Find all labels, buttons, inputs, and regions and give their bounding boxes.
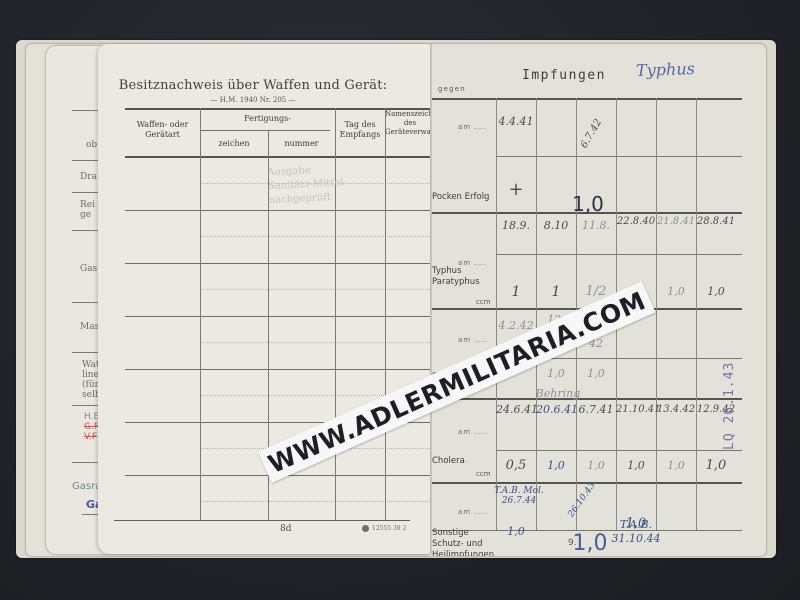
row-label-typhus: Typhus Paratyphus <box>432 266 496 288</box>
cholera-date-4: 21.10.41 <box>616 404 658 416</box>
under-rule <box>72 192 100 193</box>
col-header-zeichen: zeichen <box>200 139 268 149</box>
ccm-label: ccm <box>476 470 491 478</box>
vaccinations-page: Impfungen gegen am .... Pocken Erfolg 4.… <box>432 44 752 556</box>
table-rule <box>496 450 742 451</box>
table-rule <box>496 156 742 157</box>
row-label-sonstige: Sonstige Schutz- und Heilimpfungen <box>432 528 496 556</box>
cholera-amount-1: 0,5 <box>496 460 536 472</box>
typhus-date-1: 18.9. <box>496 220 536 232</box>
am-label: am .... <box>458 508 487 516</box>
cholera-date-5: 13.4.42 <box>656 404 696 416</box>
typhus-date-2: 8.10 <box>536 220 576 232</box>
cholera-amount-3: 1,0 <box>576 460 616 472</box>
table-row-rule <box>125 210 434 211</box>
sonstige-amount-1: 1,0 <box>496 526 536 538</box>
sonstige-stamp-date: 26.10.43 <box>566 480 599 520</box>
table-row-rule <box>125 263 434 264</box>
under-rule <box>72 110 100 111</box>
col-header-type: Waffen- oder Gerätart <box>125 120 200 140</box>
dotted-rule <box>200 289 434 290</box>
under-label: Gas <box>80 264 97 274</box>
dotted-rule <box>200 342 434 343</box>
under-label: Rei ge <box>80 200 100 220</box>
under-label: G.F <box>84 422 99 432</box>
cholera-date-3: 6.7.41 <box>576 404 616 416</box>
under-label: H.E <box>84 412 99 422</box>
ruhr-note: Behring <box>518 388 598 400</box>
typhus-date-4: 22.8.40 <box>616 216 656 228</box>
footer-rule <box>114 520 410 521</box>
print-code: 12555 39 2 <box>362 525 406 532</box>
row-label-cholera: Cholera <box>432 456 496 467</box>
left-page-title: Besitznachweis über Waffen und Gerät: <box>98 78 408 93</box>
under-label: ob <box>86 140 97 150</box>
weapons-equipment-page: Besitznachweis über Waffen und Gerät: — … <box>98 44 434 554</box>
typhus-date-3: 11.8. <box>576 220 616 232</box>
printer-mark-icon <box>362 525 369 532</box>
under-rule <box>72 302 100 303</box>
pocken-date-1: 4.4.41 <box>496 116 536 128</box>
cholera-date-2: 20.6.41 <box>536 404 576 416</box>
am-label: am .... <box>458 336 487 344</box>
print-code-text: 12555 39 2 <box>372 525 406 532</box>
table-row-rule <box>125 369 434 370</box>
ccm-label: ccm <box>476 298 491 306</box>
right-page-title: Impfungen <box>522 68 606 83</box>
sonstige-date-1: T.A.B. Mol. 26.7.44 <box>494 486 544 506</box>
under-rule <box>72 352 100 353</box>
table-col-rule <box>200 108 201 520</box>
pocken-stamp-date: 6.7.42 <box>577 114 607 155</box>
under-label: V.F <box>84 432 97 442</box>
cholera-amount-2: 1,0 <box>536 460 576 472</box>
table-rule <box>200 130 330 131</box>
side-stamp: LQ 26.1.43 <box>722 362 737 450</box>
faint-stamp: Ausgabe Sanitäts-Mittel nachgeprüft <box>267 158 429 208</box>
am-label: am .... <box>458 123 487 131</box>
ruhr-amount-2: 1,0 <box>536 368 576 380</box>
table-row-rule <box>125 316 434 317</box>
table-rule <box>125 156 434 158</box>
typhus-amount-2: 1 <box>536 286 576 298</box>
dotted-rule <box>200 236 434 237</box>
typhus-amount-1: 1 <box>496 286 536 298</box>
am-label: am .... <box>458 428 487 436</box>
under-label: Dra <box>80 172 97 182</box>
right-page-number: 9. <box>568 538 577 548</box>
under-rule <box>72 405 100 406</box>
cholera-amount-6: 1,0 <box>696 460 736 472</box>
typhus-date-5: 21.8.41 <box>656 216 696 228</box>
col-header-signature: Namenszeichen des Geräteverwalters <box>385 110 434 137</box>
gegen-label: gegen <box>438 85 466 93</box>
under-rule <box>72 230 100 231</box>
left-page-number: 8d <box>280 524 292 534</box>
typhus-amount-5: 1,0 <box>656 286 696 298</box>
cholera-amount-5: 1,0 <box>656 460 696 472</box>
typhus-amount-6: 1,0 <box>696 286 736 298</box>
row-label-pocken: Pocken Erfolg <box>432 192 496 203</box>
under-rule <box>72 160 100 161</box>
col-header-nummer: nummer <box>268 139 335 149</box>
col-header-date: Tag des Empfangs <box>335 120 385 140</box>
sonstige-extra-amount: 1,0 <box>616 518 656 530</box>
typhus-date-6: 28.8.41 <box>696 216 736 228</box>
cholera-date-1: 24.6.41 <box>496 404 536 416</box>
pocken-result-3: 1,0 <box>568 198 608 210</box>
handwritten-signature: Typhus <box>636 59 695 80</box>
ruhr-amount-3: 1,0 <box>576 368 616 380</box>
dotted-rule <box>200 501 434 502</box>
cholera-amount-4: 1,0 <box>616 460 656 472</box>
left-page-subtitle: — H.M. 1940 Nr. 205 — <box>98 96 408 104</box>
pocken-result-1: + <box>496 184 536 196</box>
under-rule <box>72 462 100 463</box>
col-header-group: Fertigungs- <box>200 114 335 124</box>
table-rule <box>496 254 742 255</box>
